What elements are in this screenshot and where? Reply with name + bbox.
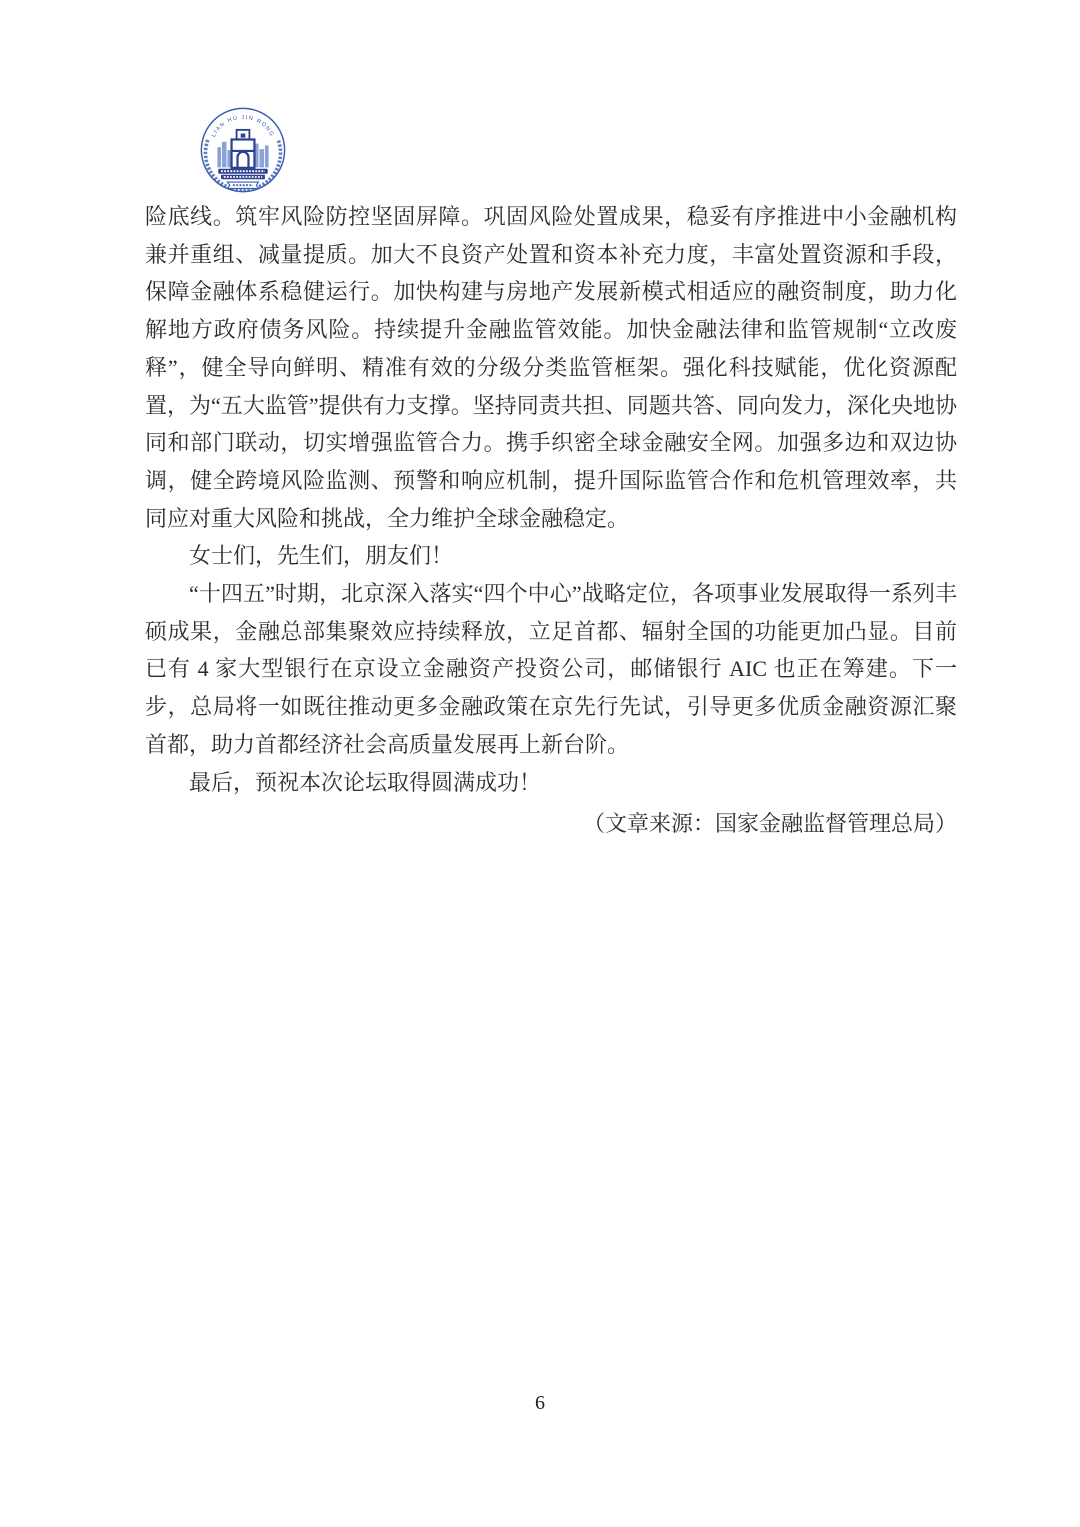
body-paragraph: 险底线。筑牢风险防控坚固屏障。巩固风险处置成果，稳妥有序推进中小金融机构兼并重组… — [145, 198, 957, 537]
source-attribution: （文章来源：国家金融监督管理总局） — [145, 805, 957, 843]
page-number: 6 — [0, 1392, 1080, 1415]
body-paragraph: 最后，预祝本次论坛取得圆满成功！ — [145, 764, 957, 802]
document-body: 险底线。筑牢风险防控坚固屏障。巩固风险处置成果，稳妥有序推进中小金融机构兼并重组… — [145, 198, 957, 843]
body-paragraph: 女士们，先生们，朋友们！ — [145, 537, 957, 575]
organization-seal-logo: LIAN HU JIN RONG — [197, 107, 289, 193]
body-paragraph: “十四五”时期，北京深入落实“四个中心”战略定位，各项事业发展取得一系列丰硕成果… — [145, 575, 957, 764]
document-page: LIAN HU JIN RONG — [0, 0, 1080, 1527]
seal-ribbon-icon — [227, 182, 258, 188]
